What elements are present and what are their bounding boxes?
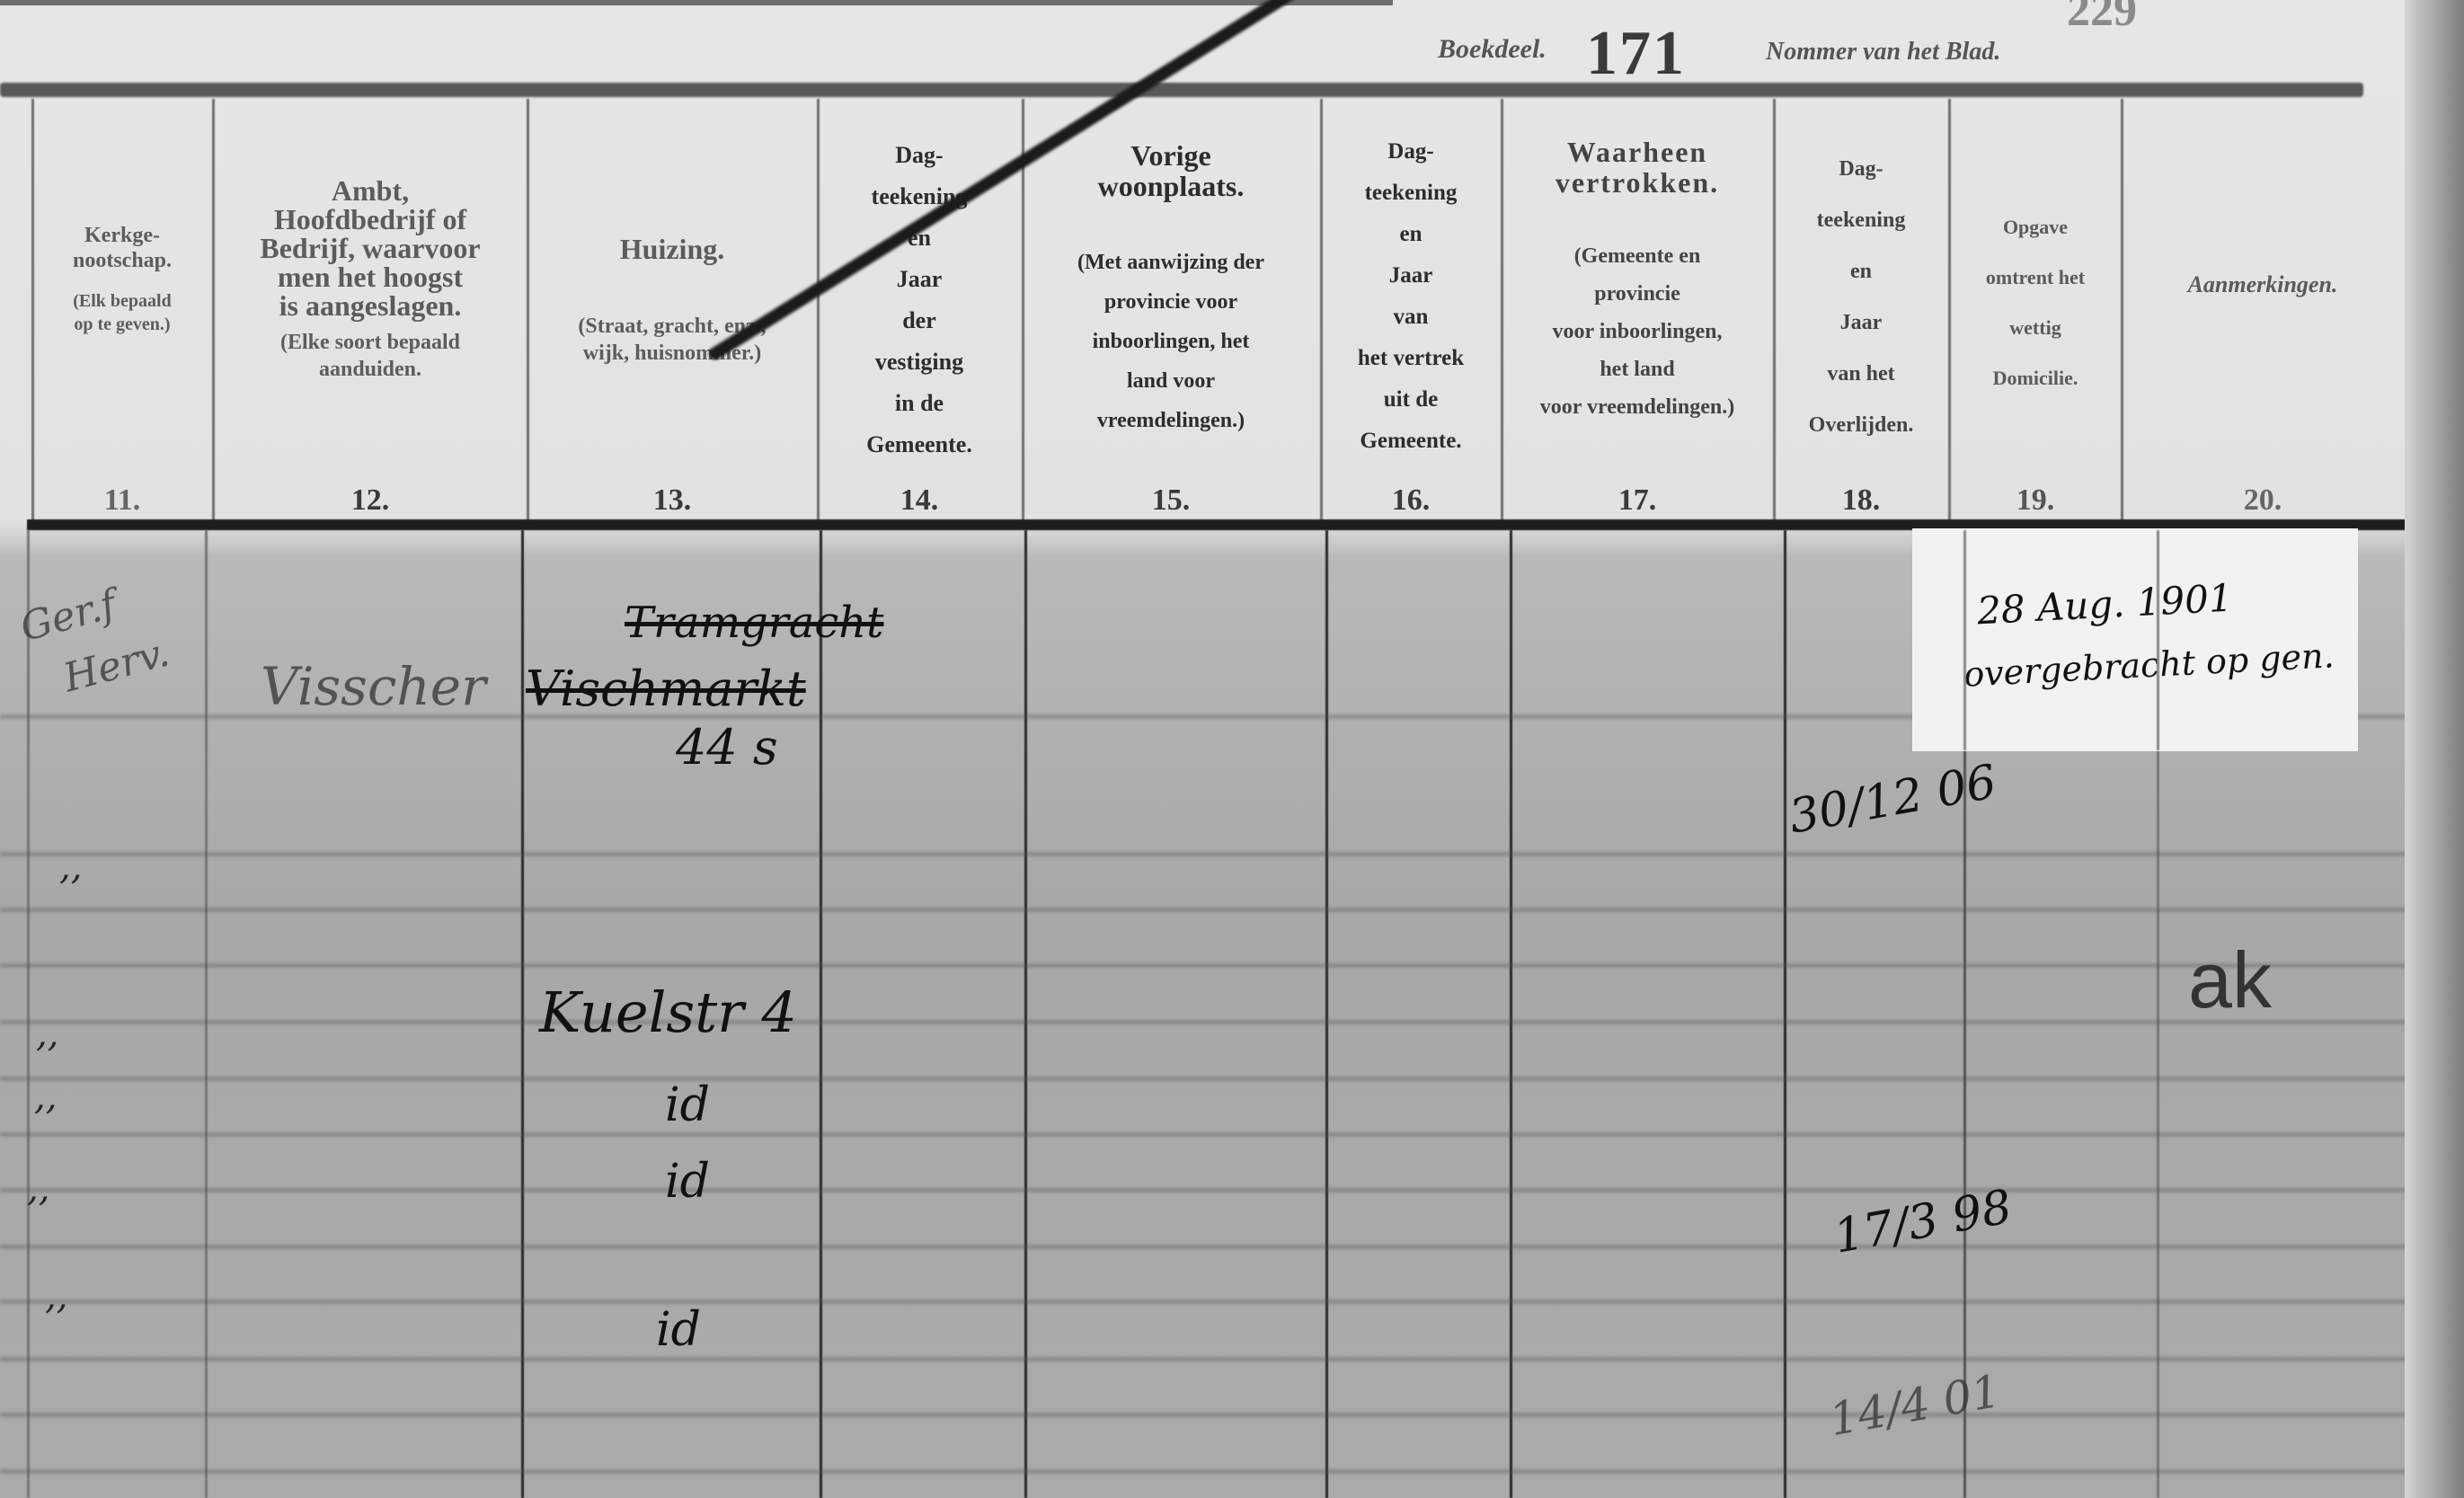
ruled-line <box>0 1299 2408 1304</box>
column-divider <box>1963 530 1966 750</box>
hw-huizing-number: 44 s <box>676 719 778 776</box>
ruled-line <box>0 1020 2408 1024</box>
nommer-label: Nommer van het Blad. <box>1766 38 2000 66</box>
header-waarheen-vertrokken: Waarheen vertrokken. (Gemeente en provin… <box>1503 137 1771 426</box>
header-kerkgenootschap: Kerkge- nootschap. (Elk bepaald op te ge… <box>34 223 210 336</box>
top-edge-rule <box>0 0 1393 5</box>
hw-huizing-struck-1: Tramgracht <box>625 598 883 648</box>
header-top-rule <box>0 83 2363 97</box>
hw-huizing-id-1: id <box>665 1078 710 1132</box>
column-number: 12. <box>216 483 525 518</box>
header-dagteekening-overlijden: Dag- teekening en Jaar van het Overlijde… <box>1776 144 1946 451</box>
column-divider <box>820 530 822 1498</box>
header-aanmerkingen: Aanmerkingen. <box>2123 270 2402 300</box>
boekdeel-number: 171 <box>1586 18 1686 90</box>
header-ambt: Ambt, Hoofdbedrijf of Bedrijf, waarvoor … <box>216 176 525 383</box>
ruled-line <box>0 1188 2408 1192</box>
column-number: 18. <box>1776 483 1946 518</box>
column-divider <box>1024 530 1027 1498</box>
column-divider <box>1510 530 1512 1498</box>
boekdeel-label: Boekdeel. <box>1438 34 1547 65</box>
column-number: 16. <box>1323 483 1499 518</box>
page-number: 229 <box>2067 0 2137 37</box>
hw-overlijden-3: 14/4 01 <box>1825 1365 2004 1446</box>
ruled-line <box>0 1132 2408 1137</box>
ditto-mark: ,, <box>34 1077 57 1118</box>
header-wettig-domicilie: Opgave omtrent het wettig Domicilie. <box>1951 202 2120 403</box>
hw-huizing-id-3: id <box>656 1303 701 1357</box>
column-number: 13. <box>530 483 814 518</box>
header-huizing: Huizing. (Straat, gracht, enz., wijk, hu… <box>530 234 814 367</box>
column-divider <box>521 530 524 1498</box>
hw-huizing-id-2: id <box>665 1155 710 1209</box>
hw-kerkgenootschap-1: Ger.f <box>15 581 120 651</box>
ditto-mark: ,, <box>27 1168 49 1210</box>
ditto-mark: ,, <box>36 1014 58 1055</box>
column-number: 11. <box>34 483 210 518</box>
hw-aanmerking: ak <box>2188 935 2272 1026</box>
ruled-line <box>0 1077 2408 1081</box>
column-number: 20. <box>2123 483 2402 518</box>
hw-kerkgenootschap-2: Herv. <box>58 629 173 701</box>
hw-overlijden-2: 17/3 98 <box>1830 1180 2016 1264</box>
ditto-mark: ,, <box>45 1276 67 1317</box>
column-divider <box>527 99 529 521</box>
column-number: 17. <box>1503 483 1771 518</box>
column-divider <box>2157 530 2159 750</box>
ruled-line <box>0 1245 2408 1249</box>
ruled-line <box>0 852 2408 856</box>
ruled-line <box>0 1413 2408 1417</box>
column-number: 14. <box>820 483 1019 518</box>
hw-beroep: Visscher <box>261 656 486 717</box>
header-dagteekening-vertrek: Dag- teekening en Jaar van het vertrek u… <box>1323 131 1499 462</box>
ruled-line <box>0 963 2408 968</box>
column-divider <box>2121 99 2123 521</box>
hw-overlijden-1: 30/12 06 <box>1786 755 2000 844</box>
ditto-mark: ,, <box>59 847 82 888</box>
hw-huizing-struck-2: Vischmarkt <box>526 660 806 717</box>
column-divider <box>212 99 215 521</box>
column-divider <box>27 530 30 1498</box>
column-divider <box>205 530 208 1498</box>
ruled-line <box>0 1469 2408 1474</box>
column-divider <box>1325 530 1328 1498</box>
column-number: 19. <box>1951 483 2120 518</box>
ruled-line <box>0 1357 2408 1361</box>
page-edge-shadow <box>2405 0 2464 1498</box>
hw-huizing-new: Kuelstr 4 <box>539 979 797 1045</box>
column-number: 15. <box>1024 483 1317 518</box>
register-page: 229 Boekdeel. 171 Nommer van het Blad. K… <box>0 0 2426 1498</box>
header-vorige-woonplaats: Vorige woonplaats. (Met aanwijzing der p… <box>1024 140 1317 440</box>
column-divider <box>1784 530 1786 1498</box>
ruled-line <box>0 908 2408 912</box>
